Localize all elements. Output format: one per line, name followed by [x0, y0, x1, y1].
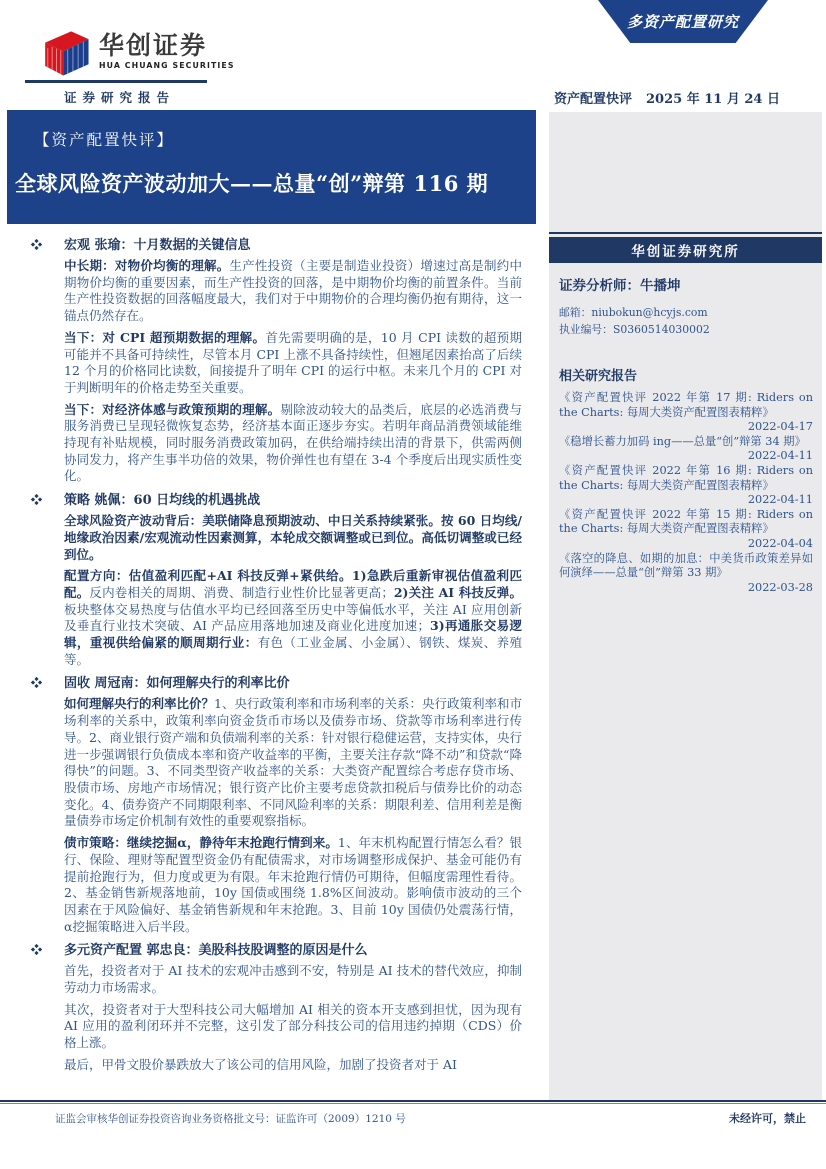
- related-report-item[interactable]: 《资产配置快评 2022 年第 16 期: Riders on the Char…: [559, 464, 813, 508]
- logo-cube-icon: [40, 26, 92, 84]
- badge-label: 多资产配置研究: [627, 11, 739, 32]
- footer-rule: [0, 1100, 826, 1104]
- section-head: 策略 姚佩：60 日均线的机遇挑战: [28, 492, 522, 509]
- analyst-license-number: S0360514030002: [613, 323, 710, 336]
- related-report-date: 2022-04-11: [559, 493, 813, 508]
- report-title: 全球风险资产波动加大——总量“创”辩第 116 期: [15, 168, 530, 198]
- institute-bar-rule: [549, 232, 822, 234]
- report-page: 多资产配置研究 华创证券 HUA CH: [0, 0, 826, 1169]
- section-paragraph: 如何理解央行的利率比价？1、央行政策利率和市场利率的关系：央行政策利率和市场利率…: [64, 696, 522, 830]
- related-reports-list: 《资产配置快评 2022 年第 17 期: Riders on the Char…: [559, 391, 813, 595]
- related-report-date: 2022-03-28: [559, 581, 813, 596]
- section-head: 宏观 张瑜：十月数据的关键信息: [28, 237, 522, 254]
- logo-name-cn: 华创证券: [99, 32, 235, 59]
- huachuang-logo: 华创证券 HUA CHUANG SECURITIES: [40, 26, 235, 84]
- section-paragraph: 全球风险资产波动背后：美联储降息预期波动、中日关系持续紧张。按 60 日均线/地…: [64, 513, 522, 563]
- analyst-name: 证券分析师：牛播坤: [559, 274, 813, 294]
- report-section: 策略 姚佩：60 日均线的机遇挑战全球风险资产波动背后：美联储降息预期波动、中日…: [28, 492, 522, 668]
- four-diamond-bullet-icon: [31, 677, 42, 688]
- section-paragraph: 其次，投资者对于大型科技公司大幅增加 AI 相关的资本开支感到担忧，因为现有 A…: [64, 1002, 522, 1052]
- section-paragraph: 债市策略：继续挖掘α，静待年末抢跑行情到来。1、年末机构配置行情怎么看？银行、保…: [64, 835, 522, 935]
- analyst-email-link[interactable]: niubokun@hcyjs.com: [591, 306, 707, 319]
- report-body: 宏观 张瑜：十月数据的关键信息中长期：对物价均衡的理解。生产性投资（主要是制造业…: [28, 230, 522, 1079]
- report-section: 固收 周冠南：如何理解央行的利率比价如何理解央行的利率比价？1、央行政策利率和市…: [28, 675, 522, 935]
- related-report-title[interactable]: 《资产配置快评 2022 年第 15 期: Riders on the Char…: [559, 508, 813, 537]
- related-report-item[interactable]: 《资产配置快评 2022 年第 15 期: Riders on the Char…: [559, 508, 813, 552]
- sidebar-panel: 华创证券研究所 证券分析师：牛播坤 邮箱：niubokun@hcyjs.com …: [549, 112, 822, 1100]
- related-report-title[interactable]: 《落空的降息、如期的加息：中美货币政策差异如何演绎——总量“创”辩第 33 期》: [559, 552, 813, 581]
- section-paragraph: 当下：对 CPI 超预期数据的理解。首先需要明确的是，10 月 CPI 读数的超…: [64, 330, 522, 397]
- related-report-title[interactable]: 《资产配置快评 2022 年第 16 期: Riders on the Char…: [559, 464, 813, 493]
- section-paragraph: 中长期：对物价均衡的理解。生产性投资（主要是制造业投资）增速过高是制约中期物价均…: [64, 258, 522, 325]
- section-heading: 宏观 张瑜：十月数据的关键信息: [64, 237, 522, 254]
- section-paragraph: 最后，甲骨文股价暴跌放大了该公司的信用风险，加剧了投资者对于 AI: [64, 1057, 522, 1074]
- banner-tag: 【资产配置快评】: [34, 128, 174, 150]
- research-series-badge: 多资产配置研究: [598, 0, 768, 43]
- report-date: 2025 年 11 月 24 日: [646, 92, 780, 107]
- report-section: 宏观 张瑜：十月数据的关键信息中长期：对物价均衡的理解。生产性投资（主要是制造业…: [28, 237, 522, 485]
- analyst-email-row: 邮箱：niubokun@hcyjs.com: [559, 305, 813, 322]
- analyst-license-row: 执业编号：S0360514030002: [559, 322, 813, 339]
- report-section: 多元资产配置 郭忠良：美股科技股调整的原因是什么首先，投资者对于 AI 技术的宏…: [28, 942, 522, 1073]
- section-heading: 固收 周冠南：如何理解央行的利率比价: [64, 675, 522, 692]
- header-meta: 资产配置快评2025 年 11 月 24 日: [554, 88, 780, 107]
- section-paragraph: 首先，投资者对于 AI 技术的宏观冲击感到不安，特别是 AI 技术的替代效应，抑…: [64, 963, 522, 996]
- related-report-item[interactable]: 《资产配置快评 2022 年第 17 期: Riders on the Char…: [559, 391, 813, 435]
- related-report-title[interactable]: 《稳增长蓄力加码 ing——总量“创”辩第 34 期》: [559, 435, 813, 450]
- related-report-date: 2022-04-04: [559, 537, 813, 552]
- related-report-item[interactable]: 《稳增长蓄力加码 ing——总量“创”辩第 34 期》2022-04-11: [559, 435, 813, 464]
- related-report-title[interactable]: 《资产配置快评 2022 年第 17 期: Riders on the Char…: [559, 391, 813, 420]
- report-type-label: 证券研究报告: [64, 88, 175, 106]
- related-report-date: 2022-04-17: [559, 420, 813, 435]
- institute-name: 华创证券研究所: [631, 240, 740, 260]
- report-category: 资产配置快评: [554, 92, 632, 107]
- analyst-contact: 邮箱：niubokun@hcyjs.com 执业编号：S036051403000…: [559, 305, 813, 338]
- section-paragraph: 配置方向：估值盈利匹配+AI 科技反弹+紧供给。1)急跌后重新审视估值盈利匹配。…: [64, 568, 522, 668]
- footer-copyright-text: 未经许可，禁止: [729, 1110, 806, 1126]
- four-diamond-bullet-icon: [31, 494, 42, 505]
- section-head: 固收 周冠南：如何理解央行的利率比价: [28, 675, 522, 692]
- four-diamond-bullet-icon: [31, 239, 42, 250]
- title-banner: 【资产配置快评】 全球风险资产波动加大——总量“创”辩第 116 期: [7, 110, 536, 224]
- section-heading: 策略 姚佩：60 日均线的机遇挑战: [64, 492, 522, 509]
- related-reports-title: 相关研究报告: [559, 365, 813, 384]
- logo-underline: [25, 80, 207, 83]
- related-report-item[interactable]: 《落空的降息、如期的加息：中美货币政策差异如何演绎——总量“创”辩第 33 期》…: [559, 552, 813, 596]
- logo-name-en: HUA CHUANG SECURITIES: [99, 61, 235, 70]
- section-paragraph: 当下：对经济体感与政策预期的理解。剔除波动较大的品类后，底层的必选消费与服务消费…: [64, 402, 522, 486]
- section-head: 多元资产配置 郭忠良：美股科技股调整的原因是什么: [28, 942, 522, 959]
- four-diamond-bullet-icon: [31, 944, 42, 955]
- related-report-date: 2022-04-11: [559, 449, 813, 464]
- institute-bar: 华创证券研究所: [549, 237, 822, 263]
- footer-license-text: 证监会审核华创证券投资咨询业务资格批文号：证监许可（2009）1210 号: [55, 1111, 406, 1126]
- section-heading: 多元资产配置 郭忠良：美股科技股调整的原因是什么: [64, 942, 522, 959]
